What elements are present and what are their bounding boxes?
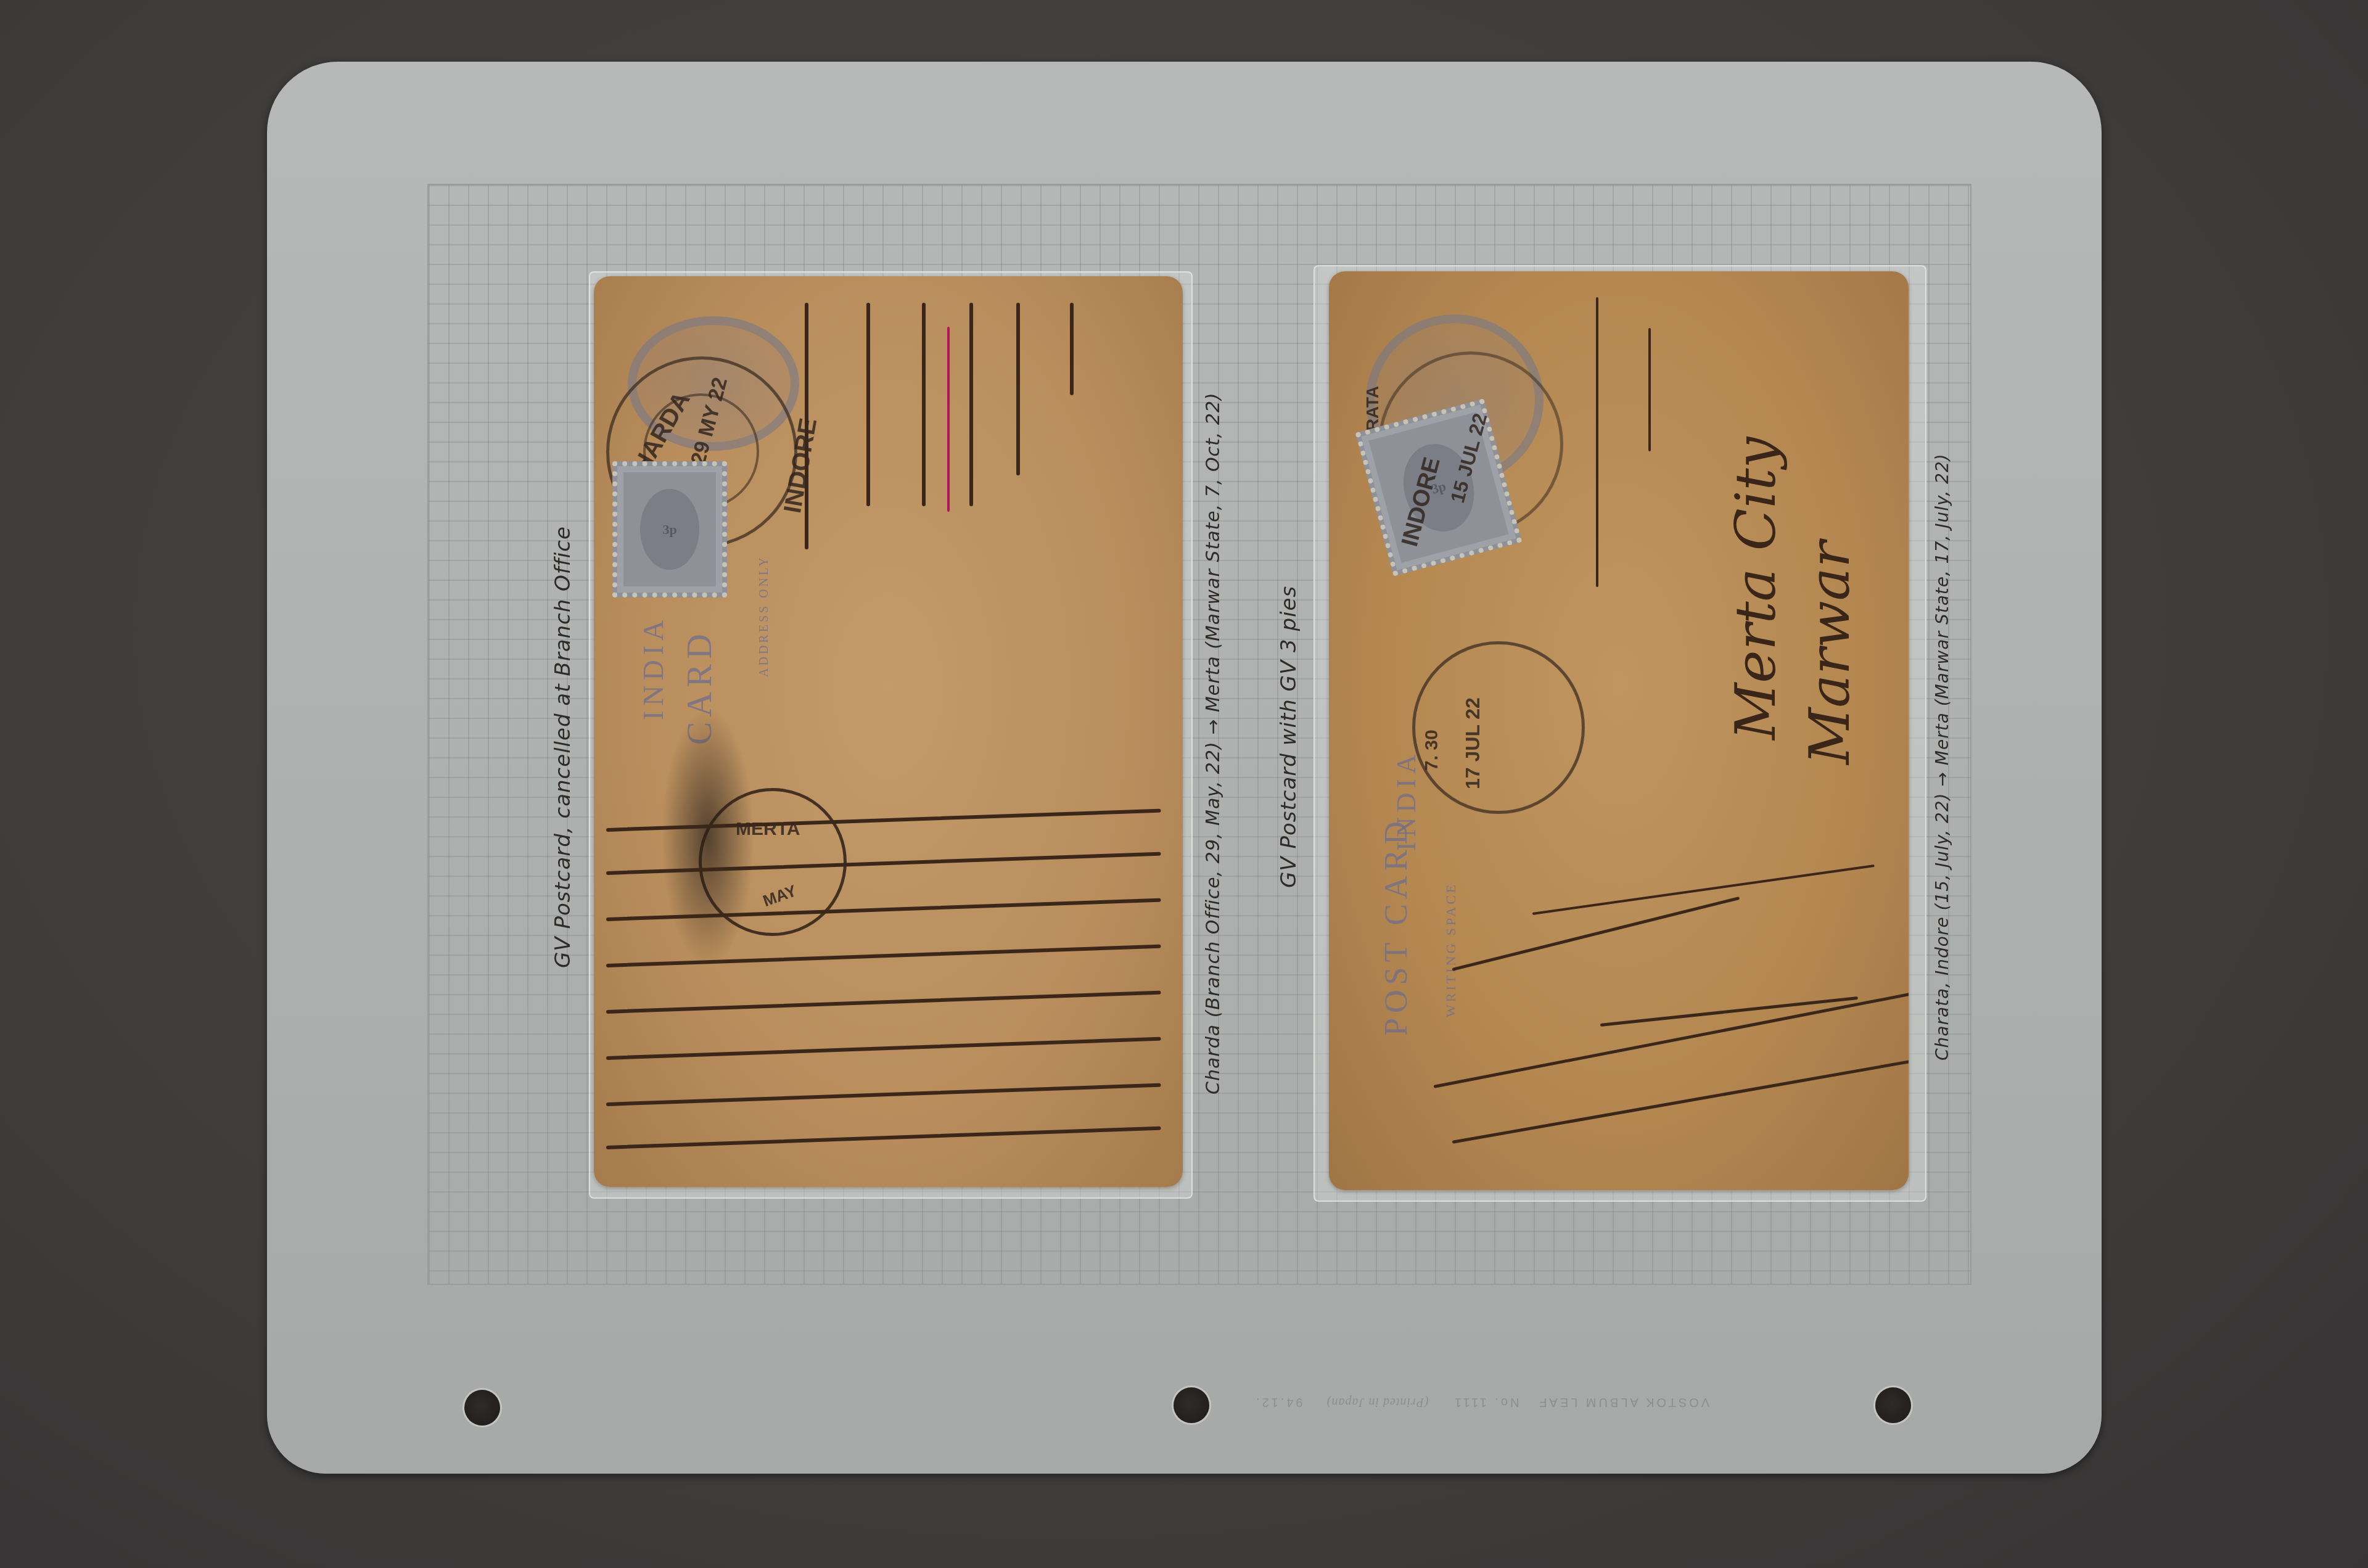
punch-hole-center bbox=[1174, 1387, 1209, 1423]
postmark-time-merta: 7. 30 bbox=[1421, 729, 1442, 771]
printed-post-card: POST CARD bbox=[1378, 816, 1415, 1036]
postcard-1: CHARDA INDORE 29 MY 22 3p INDIA CARD ADD… bbox=[594, 276, 1183, 1187]
handwriting-line bbox=[1596, 297, 1598, 587]
handwriting-line-pink bbox=[947, 327, 950, 512]
address-merta-city: Merta City bbox=[1724, 437, 1788, 740]
handwriting-line bbox=[805, 303, 808, 549]
caption-item-2-title: GV Postcard with GV 3 pies bbox=[1276, 586, 1301, 888]
postmark-date-merta: 17 JUL 22 bbox=[1461, 697, 1484, 789]
postmark-merta bbox=[1412, 641, 1585, 814]
stamp-value: 3p bbox=[662, 522, 676, 538]
imprint-brand: VOSTOK ALBUM LEAF bbox=[1537, 1395, 1709, 1409]
punch-hole-right bbox=[1875, 1387, 1911, 1423]
printed-india: INDIA bbox=[637, 615, 670, 720]
postcard-2: CHARATA 3p INDORE 15 JUL 22 17 JUL 22 7.… bbox=[1329, 271, 1909, 1190]
handwriting-line bbox=[866, 303, 870, 506]
handwriting-line bbox=[606, 1037, 1161, 1060]
punch-hole-left bbox=[464, 1390, 500, 1426]
caption-item-1-title: GV Postcard, cancelled at Branch Office bbox=[551, 526, 575, 968]
handwriting-line bbox=[922, 303, 926, 506]
printed-writing-space: WRITING SPACE bbox=[1443, 882, 1459, 1017]
caption-item-1-route: Charda (Branch Office, 29, May, 22) → Me… bbox=[1202, 392, 1224, 1094]
handwriting-line bbox=[969, 303, 973, 506]
handwriting-line bbox=[1070, 303, 1074, 395]
handwriting-line bbox=[606, 1083, 1161, 1106]
handwriting-line bbox=[1016, 303, 1020, 475]
handwriting-line bbox=[606, 991, 1161, 1014]
caption-item-2-route: Charata, Indore (15, July, 22) → Merta (… bbox=[1932, 453, 1952, 1061]
printed-address-only: ADDRESS ONLY bbox=[757, 555, 771, 677]
address-marwar: Marwar bbox=[1798, 541, 1862, 765]
handwriting-line bbox=[1648, 328, 1651, 451]
handwriting-line bbox=[606, 1127, 1161, 1149]
handwriting-line bbox=[1452, 897, 1740, 971]
stamp-3-pies: 3p bbox=[612, 461, 727, 597]
imprint-code: 94.12. bbox=[1254, 1395, 1303, 1409]
album-leaf-imprint: VOSTOK ALBUM LEAF No. 1111 (Printed in J… bbox=[1254, 1395, 1709, 1409]
imprint-origin: (Printed in Japan) bbox=[1326, 1395, 1429, 1409]
imprint-number: No. 1111 bbox=[1452, 1395, 1519, 1409]
